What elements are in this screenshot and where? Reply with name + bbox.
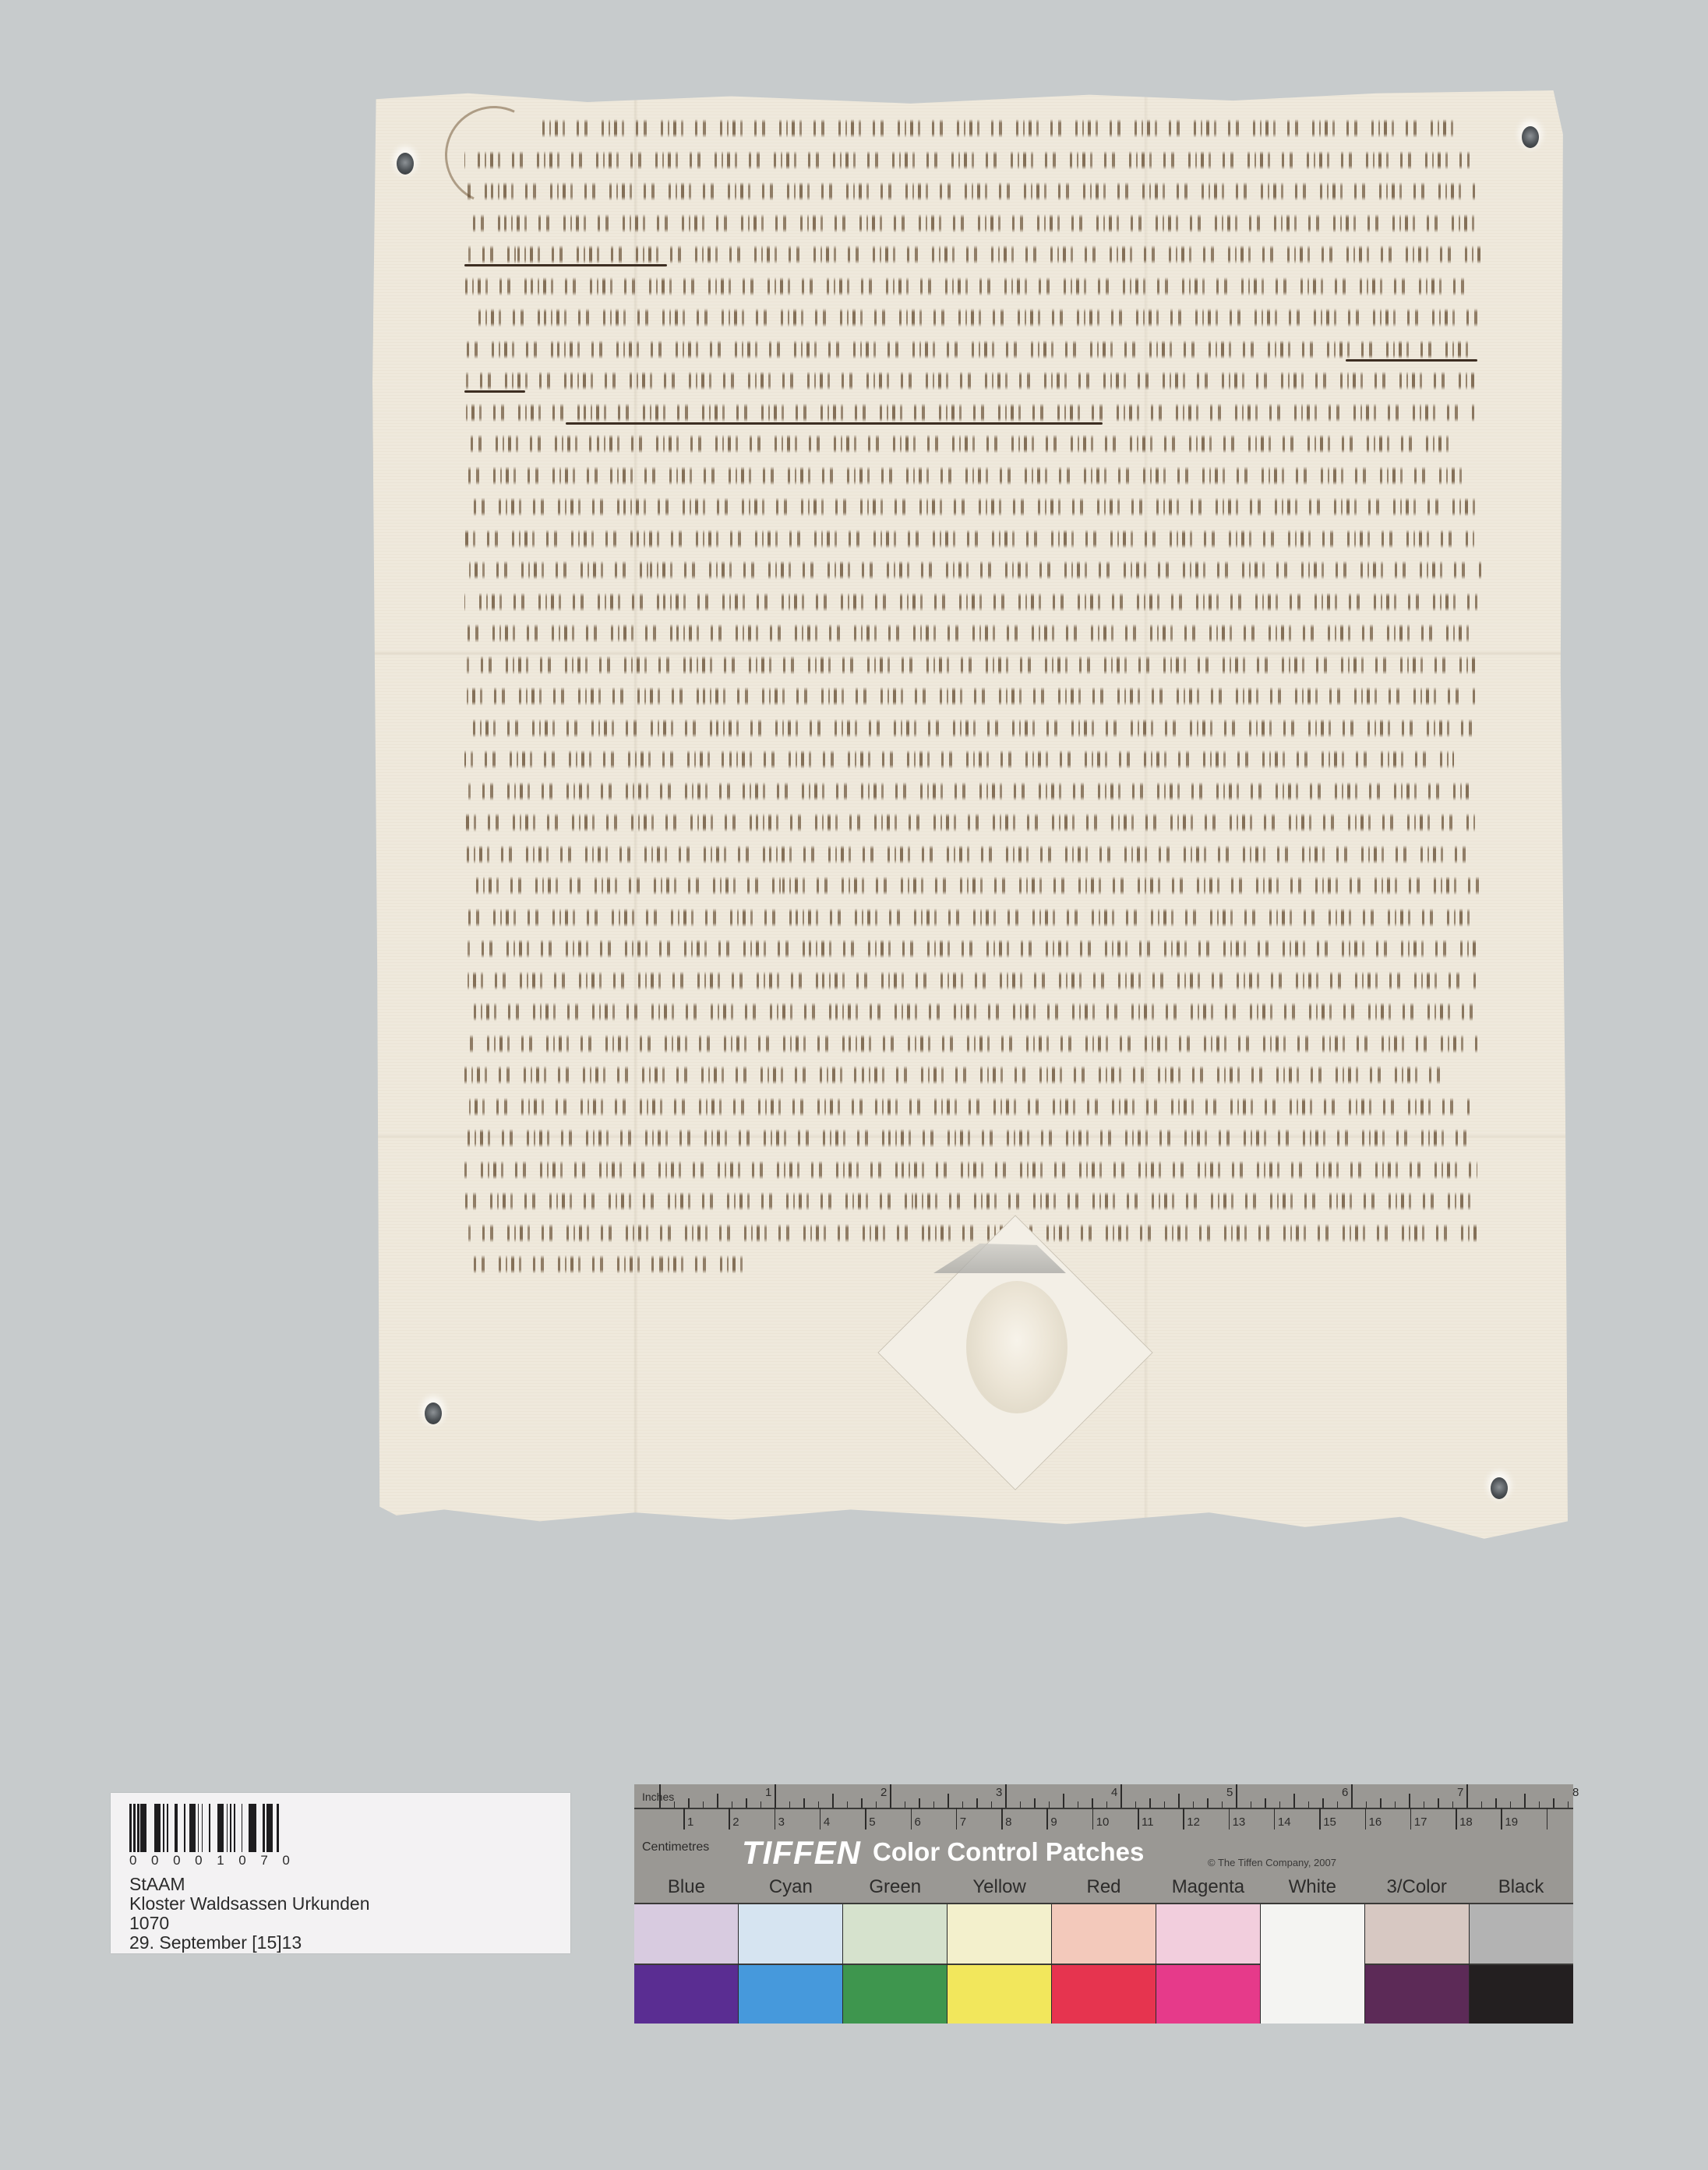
patch-label: Black <box>1469 1876 1573 1900</box>
tiffen-logo: TIFFEN <box>742 1834 861 1872</box>
ruler-tick <box>1092 1798 1093 1808</box>
ruler-tick <box>1308 1801 1310 1808</box>
chart-title: Color Control Patches <box>873 1837 1144 1867</box>
patch-column-blue <box>634 1904 739 2024</box>
ruler-tick <box>1207 1798 1209 1808</box>
light-patch <box>1052 1904 1156 1964</box>
handwritten-line <box>464 903 1477 930</box>
dark-patch <box>1156 1964 1260 2024</box>
ruler-tick <box>1078 1801 1079 1808</box>
patch-column-white <box>1261 1904 1365 2024</box>
archive-name: StAAM <box>129 1874 185 1894</box>
inch-tick-label: 3 <box>996 1786 1002 1799</box>
light-patch <box>843 1904 947 1964</box>
inch-tick-label: 4 <box>1111 1786 1117 1799</box>
ruler-tick <box>1183 1808 1184 1830</box>
ruler-tick <box>803 1798 805 1808</box>
ruler-tick <box>1229 1808 1230 1830</box>
ruler-tick <box>1547 1808 1548 1830</box>
ruler-tick <box>890 1784 891 1808</box>
cm-tick-label: 7 <box>960 1815 966 1829</box>
ruler-tick <box>948 1794 949 1808</box>
ruler-tick <box>1452 1801 1454 1808</box>
cm-tick-label: 12 <box>1187 1815 1200 1829</box>
inch-tick-label: 7 <box>1457 1786 1463 1799</box>
cm-tick-label: 19 <box>1505 1815 1518 1829</box>
ruler-tick <box>1501 1808 1502 1830</box>
ruler-tick <box>1337 1801 1339 1808</box>
handwritten-line <box>464 1219 1477 1245</box>
ruler-tick <box>1149 1798 1151 1808</box>
handwritten-line <box>464 209 1477 235</box>
light-patch <box>634 1904 738 1964</box>
handwritten-line <box>464 1060 1454 1087</box>
ruler-tick <box>919 1798 920 1808</box>
light-patch <box>1261 1904 1364 1964</box>
ruler-tick <box>1539 1801 1540 1808</box>
ruler-tick <box>1322 1798 1324 1808</box>
handwritten-line <box>464 461 1470 488</box>
ruler-tick <box>703 1801 704 1808</box>
handwritten-line <box>464 556 1481 582</box>
ruler-tick <box>1424 1801 1425 1808</box>
handwritten-line <box>464 303 1477 330</box>
handwritten-line <box>464 1029 1477 1056</box>
underline-mark <box>566 422 1103 425</box>
handwritten-line <box>464 871 1481 898</box>
underline-mark <box>1346 359 1477 362</box>
ruler-tick <box>1524 1794 1526 1808</box>
ruler-tick <box>1481 1801 1483 1808</box>
dark-patch <box>1470 1964 1573 2024</box>
ruler-tick <box>1164 1801 1166 1808</box>
dark-patch <box>634 1964 738 2024</box>
light-patch <box>1156 1904 1260 1964</box>
wax-seal <box>966 1281 1067 1413</box>
handwritten-line <box>464 272 1477 298</box>
ruler-tick <box>775 1784 776 1808</box>
handwritten-line <box>464 714 1477 740</box>
ruler-tick <box>1138 1808 1139 1830</box>
ruler-tick <box>1319 1808 1321 1830</box>
mounting-hole-icon <box>397 153 414 175</box>
light-patch <box>1470 1904 1573 1964</box>
handwritten-line <box>464 934 1477 961</box>
handwritten-line <box>464 398 1477 425</box>
barcode <box>129 1804 279 1852</box>
ruler-tick <box>1293 1794 1295 1808</box>
patch-label: 3/Color <box>1364 1876 1469 1900</box>
ruler-tick <box>1279 1801 1281 1808</box>
inch-tick-label: 1 <box>765 1786 771 1799</box>
cm-tick-label: 11 <box>1142 1815 1154 1829</box>
light-patch <box>948 1904 1051 1964</box>
centimetres-label: Centimetres <box>642 1840 709 1854</box>
patch-label: Red <box>1052 1876 1156 1900</box>
ruler-tick <box>1380 1798 1382 1808</box>
ruler-tick <box>688 1798 690 1808</box>
manuscript-sheet <box>372 90 1568 1547</box>
ruler-tick <box>1063 1794 1064 1808</box>
ruler-tick <box>1236 1784 1237 1808</box>
ruler-tick <box>1456 1808 1457 1830</box>
ruler-tick <box>1193 1801 1195 1808</box>
ruler-tick <box>991 1801 993 1808</box>
underline-mark <box>464 390 525 393</box>
ruler-tick <box>876 1801 877 1808</box>
ruler-tick <box>1034 1798 1036 1808</box>
inch-tick-label: 6 <box>1342 1786 1348 1799</box>
patch-label: Yellow <box>948 1876 1052 1900</box>
mounting-hole-icon <box>1491 1477 1508 1499</box>
ruler-tick <box>1274 1808 1276 1830</box>
ruler-tick <box>1351 1784 1353 1808</box>
ruler-tick <box>962 1801 964 1808</box>
cm-tick-label: 6 <box>915 1815 921 1829</box>
handwritten-line <box>464 335 1477 362</box>
ruler-tick <box>832 1794 834 1808</box>
ruler-tick <box>865 1808 866 1830</box>
ruler-tick <box>911 1808 912 1830</box>
handwritten-line <box>464 1187 1481 1213</box>
mounting-hole-icon <box>425 1403 442 1424</box>
ruler-tick <box>976 1798 978 1808</box>
ruler-tick <box>683 1808 685 1830</box>
handwritten-line <box>464 429 1454 456</box>
handwritten-line <box>464 1124 1477 1150</box>
ruler-tick <box>760 1801 762 1808</box>
dark-patch <box>739 1964 842 2024</box>
handwritten-line <box>464 619 1477 645</box>
ruler-tick <box>717 1794 718 1808</box>
ruler-tick <box>820 1808 821 1830</box>
patch-label: White <box>1260 1876 1364 1900</box>
patch-column-black <box>1470 1904 1573 2024</box>
light-patch <box>739 1904 842 1964</box>
ruler-tick <box>1409 1794 1410 1808</box>
ruler-tick <box>746 1798 747 1808</box>
handwritten-line <box>464 840 1477 866</box>
cm-tick-label: 10 <box>1096 1815 1110 1829</box>
archive-label: 00001070 StAAM Kloster Waldsassen Urkund… <box>111 1793 570 1953</box>
ruler-tick <box>1092 1808 1094 1830</box>
patch-label: Blue <box>634 1876 739 1900</box>
patch-label: Green <box>843 1876 948 1900</box>
cm-tick-label: 18 <box>1459 1815 1473 1829</box>
ruler-tick <box>933 1801 935 1808</box>
handwritten-line <box>464 366 1477 393</box>
handwritten-line <box>542 114 1454 140</box>
cm-tick-label: 5 <box>869 1815 875 1829</box>
ruler-tick <box>1120 1784 1122 1808</box>
ruler-tick <box>1222 1801 1223 1808</box>
ruler-tick <box>1466 1784 1468 1808</box>
barcode-digits: 00001070 <box>129 1853 304 1868</box>
patch-column-green <box>843 1904 948 2024</box>
ruler-tick <box>1366 1801 1367 1808</box>
ruler-tick <box>861 1798 863 1808</box>
ruler-tick <box>1251 1801 1252 1808</box>
collection-name: Kloster Waldsassen Urkunden <box>129 1893 370 1914</box>
patch-column-magenta <box>1156 1904 1261 2024</box>
patch-column-yellow <box>948 1904 1052 2024</box>
ruler-tick <box>729 1808 730 1830</box>
ruler-tick <box>1265 1798 1266 1808</box>
light-patch <box>1365 1904 1469 1964</box>
handwritten-line <box>464 240 1481 266</box>
ruler-tick <box>1135 1801 1137 1808</box>
inch-tick-label: 5 <box>1226 1786 1233 1799</box>
ruler-tick <box>1553 1798 1554 1808</box>
handwritten-line <box>464 651 1477 677</box>
handwritten-line <box>464 524 1477 551</box>
handwritten-line <box>464 997 1477 1024</box>
patch-labels: BlueCyanGreenYellowRedMagentaWhite3/Colo… <box>634 1876 1573 1900</box>
ruler-tick <box>1438 1798 1439 1808</box>
dark-patch <box>1261 1964 1364 2024</box>
handwritten-line <box>464 1092 1470 1119</box>
ruler-tick <box>956 1808 958 1830</box>
ruler-tick <box>905 1801 906 1808</box>
ruler-tick <box>1049 1801 1050 1808</box>
cm-tick-label: 9 <box>1050 1815 1057 1829</box>
ruler-tick <box>1046 1808 1048 1830</box>
dark-patch <box>948 1964 1051 2024</box>
ruler-tick <box>847 1801 849 1808</box>
ruler-tick <box>1495 1798 1497 1808</box>
ruler-tick <box>1568 1801 1569 1808</box>
patch-column-red <box>1052 1904 1156 2024</box>
ruler-tick <box>818 1801 820 1808</box>
patch-label: Cyan <box>739 1876 843 1900</box>
inch-ruler: Inches 12345678 <box>634 1784 1573 1809</box>
ruler-tick <box>1178 1794 1180 1808</box>
inch-tick-label: 8 <box>1572 1786 1579 1799</box>
color-patches <box>634 1903 1573 2024</box>
ruler-tick <box>1020 1801 1022 1808</box>
patch-column-cyan <box>739 1904 843 2024</box>
patch-column-3-color <box>1365 1904 1470 2024</box>
handwritten-line <box>464 1156 1477 1182</box>
underline-mark <box>464 264 667 266</box>
cm-tick-label: 2 <box>732 1815 739 1829</box>
cm-tick-label: 17 <box>1414 1815 1427 1829</box>
handwritten-line <box>464 587 1477 614</box>
handwritten-line <box>464 682 1477 708</box>
color-control-chart: Inches 12345678 123456789101112131415161… <box>634 1784 1573 2022</box>
cm-tick-label: 1 <box>687 1815 693 1829</box>
dark-patch <box>1365 1964 1469 2024</box>
cm-tick-label: 8 <box>1005 1815 1011 1829</box>
handwritten-line <box>464 177 1477 203</box>
centimetre-ruler: 12345678910111213141516171819 <box>634 1808 1573 1831</box>
cm-tick-label: 15 <box>1323 1815 1336 1829</box>
inches-label: Inches <box>642 1791 674 1803</box>
handwritten-line <box>464 808 1477 834</box>
handwritten-line <box>464 777 1470 803</box>
cm-tick-label: 13 <box>1233 1815 1246 1829</box>
ruler-tick <box>1106 1801 1108 1808</box>
ruler-tick <box>1365 1808 1367 1830</box>
cm-tick-label: 4 <box>824 1815 830 1829</box>
document-number: 1070 <box>129 1913 169 1933</box>
patch-label: Magenta <box>1156 1876 1260 1900</box>
cm-tick-label: 14 <box>1278 1815 1291 1829</box>
dark-patch <box>843 1964 947 2024</box>
chart-copyright: © The Tiffen Company, 2007 <box>1208 1857 1336 1868</box>
ruler-tick <box>1001 1808 1003 1830</box>
inch-tick-label: 2 <box>880 1786 887 1799</box>
ruler-tick <box>789 1801 791 1808</box>
document-date: 29. September [15]13 <box>129 1932 302 1953</box>
ruler-tick <box>1395 1801 1396 1808</box>
ruler-tick <box>1005 1784 1007 1808</box>
dark-patch <box>1052 1964 1156 2024</box>
handwritten-line <box>464 492 1477 519</box>
cm-tick-label: 3 <box>778 1815 785 1829</box>
mounting-hole-icon <box>1522 126 1539 148</box>
ruler-tick <box>1510 1801 1512 1808</box>
handwritten-line <box>464 1250 745 1276</box>
handwritten-line <box>464 966 1477 993</box>
ruler-tick <box>732 1801 733 1808</box>
ruler-tick <box>659 1784 661 1808</box>
ruler-tick <box>1410 1808 1412 1830</box>
ruler-tick <box>674 1801 676 1808</box>
handwritten-line <box>464 146 1470 172</box>
handwritten-line <box>464 745 1454 771</box>
ruler-tick <box>775 1808 776 1830</box>
cm-tick-label: 16 <box>1369 1815 1382 1829</box>
